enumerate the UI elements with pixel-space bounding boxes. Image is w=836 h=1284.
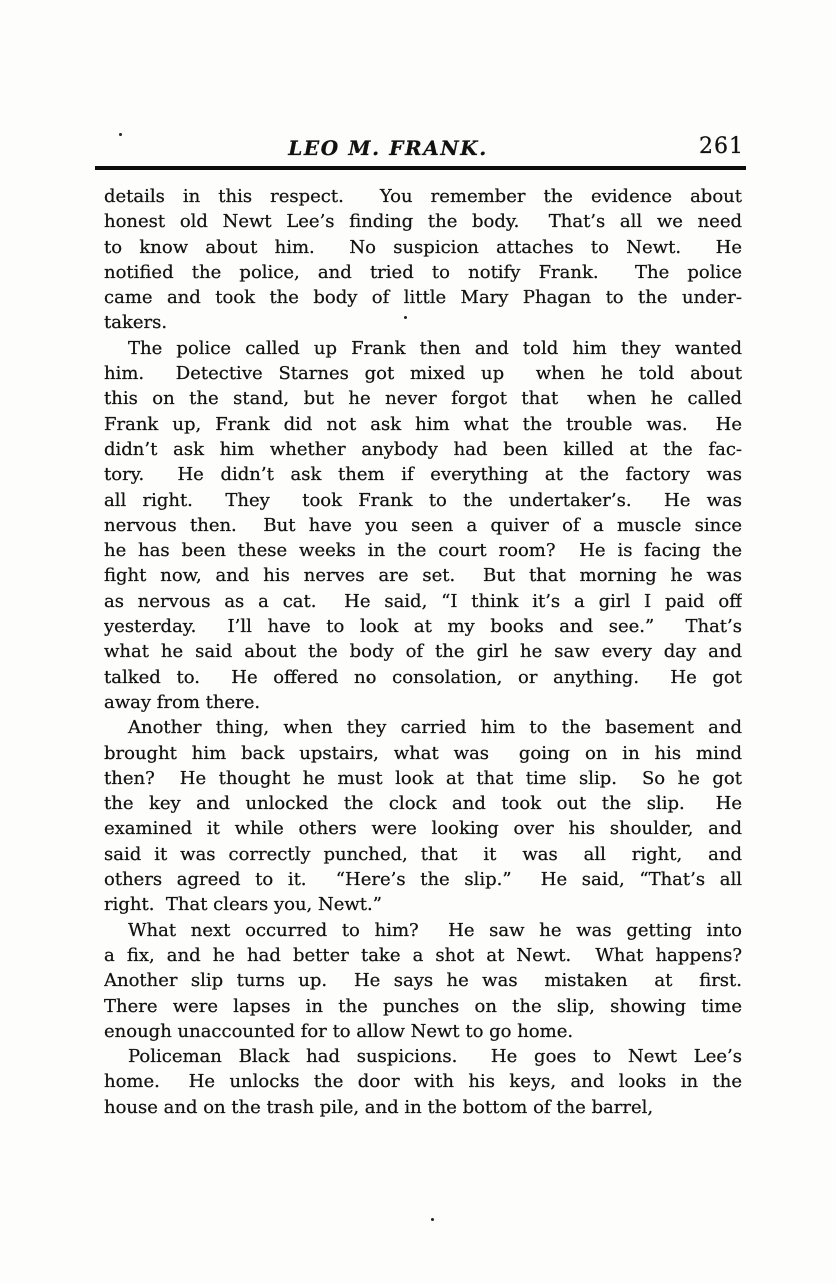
text-line: Another slip turns up. He says he was mi…: [104, 968, 742, 993]
text-line: then? He thought he must look at that ti…: [104, 766, 742, 791]
text-line: The police called up Frank then and told…: [104, 336, 742, 361]
text-line: Frank up, Frank did not ask him what the…: [104, 412, 742, 437]
text-line: talked to. He offered no consolation, or…: [104, 665, 742, 690]
text-line: he has been these weeks in the court roo…: [104, 538, 742, 563]
text-line: a fix, and he had better take a shot at …: [104, 943, 742, 968]
text-line: to know about him. No suspicion attaches…: [104, 235, 742, 260]
text-line: as nervous as a cat. He said, “I think i…: [104, 589, 742, 614]
ink-speck: [119, 133, 122, 136]
text-line: Another thing, when they carried him to …: [104, 715, 742, 740]
page-number: 261: [699, 134, 744, 159]
text-line: There were lapses in the punches on the …: [104, 994, 742, 1019]
book-page: LEO M. FRANK. 261 details in this respec…: [0, 0, 836, 1284]
text-line: nervous then. But have you seen a quiver…: [104, 513, 742, 538]
text-line: home. He unlocks the door with his keys,…: [104, 1069, 742, 1094]
text-line: what he said about the body of the girl …: [104, 639, 742, 664]
text-line: honest old Newt Lee’s finding the body. …: [104, 209, 742, 234]
text-line: examined it while others were looking ov…: [104, 816, 742, 841]
text-line: away from there.: [104, 690, 742, 715]
text-line: brought him back upstairs, what was goin…: [104, 741, 742, 766]
text-line: house and on the trash pile, and in the …: [104, 1095, 742, 1120]
text-line: right. That clears you, Newt.”: [104, 892, 742, 917]
text-line: tory. He didn’t ask them if everything a…: [104, 462, 742, 487]
text-line: this on the stand, but he never forgot t…: [104, 386, 742, 411]
text-line: fight now, and his nerves are set. But t…: [104, 563, 742, 588]
paragraph: details in this respect. You remember th…: [104, 184, 742, 336]
paragraph: The police called up Frank then and told…: [104, 336, 742, 715]
text-line: details in this respect. You remember th…: [104, 184, 742, 209]
text-line: him. Detective Starnes got mixed up when…: [104, 361, 742, 386]
text-line: enough unaccounted for to allow Newt to …: [104, 1019, 742, 1044]
ink-speck: [367, 678, 370, 681]
text-line: all right. They took Frank to the undert…: [104, 488, 742, 513]
text-line: takers.: [104, 310, 742, 335]
header-rule: [95, 166, 746, 170]
paragraph: What next occurred to him? He saw he was…: [104, 918, 742, 1044]
paragraph: Policeman Black had suspicions. He goes …: [104, 1044, 742, 1120]
text-line: said it was correctly punched, that it w…: [104, 842, 742, 867]
text-line: notified the police, and tried to notify…: [104, 260, 742, 285]
text-line: others agreed to it. “Here’s the slip.” …: [104, 867, 742, 892]
text-line: What next occurred to him? He saw he was…: [104, 918, 742, 943]
ink-speck: [404, 316, 407, 319]
text-line: yesterday. I’ll have to look at my books…: [104, 614, 742, 639]
text-line: came and took the body of little Mary Ph…: [104, 285, 742, 310]
text-line: didn’t ask him whether anybody had been …: [104, 437, 742, 462]
page-header: LEO M. FRANK. 261: [104, 134, 744, 162]
ink-speck: [431, 1218, 434, 1221]
paragraph: Another thing, when they carried him to …: [104, 715, 742, 917]
text-line: Policeman Black had suspicions. He goes …: [104, 1044, 742, 1069]
text-line: the key and unlocked the clock and took …: [104, 791, 742, 816]
body-text: details in this respect. You remember th…: [104, 184, 742, 1120]
running-title: LEO M. FRANK.: [104, 136, 672, 160]
